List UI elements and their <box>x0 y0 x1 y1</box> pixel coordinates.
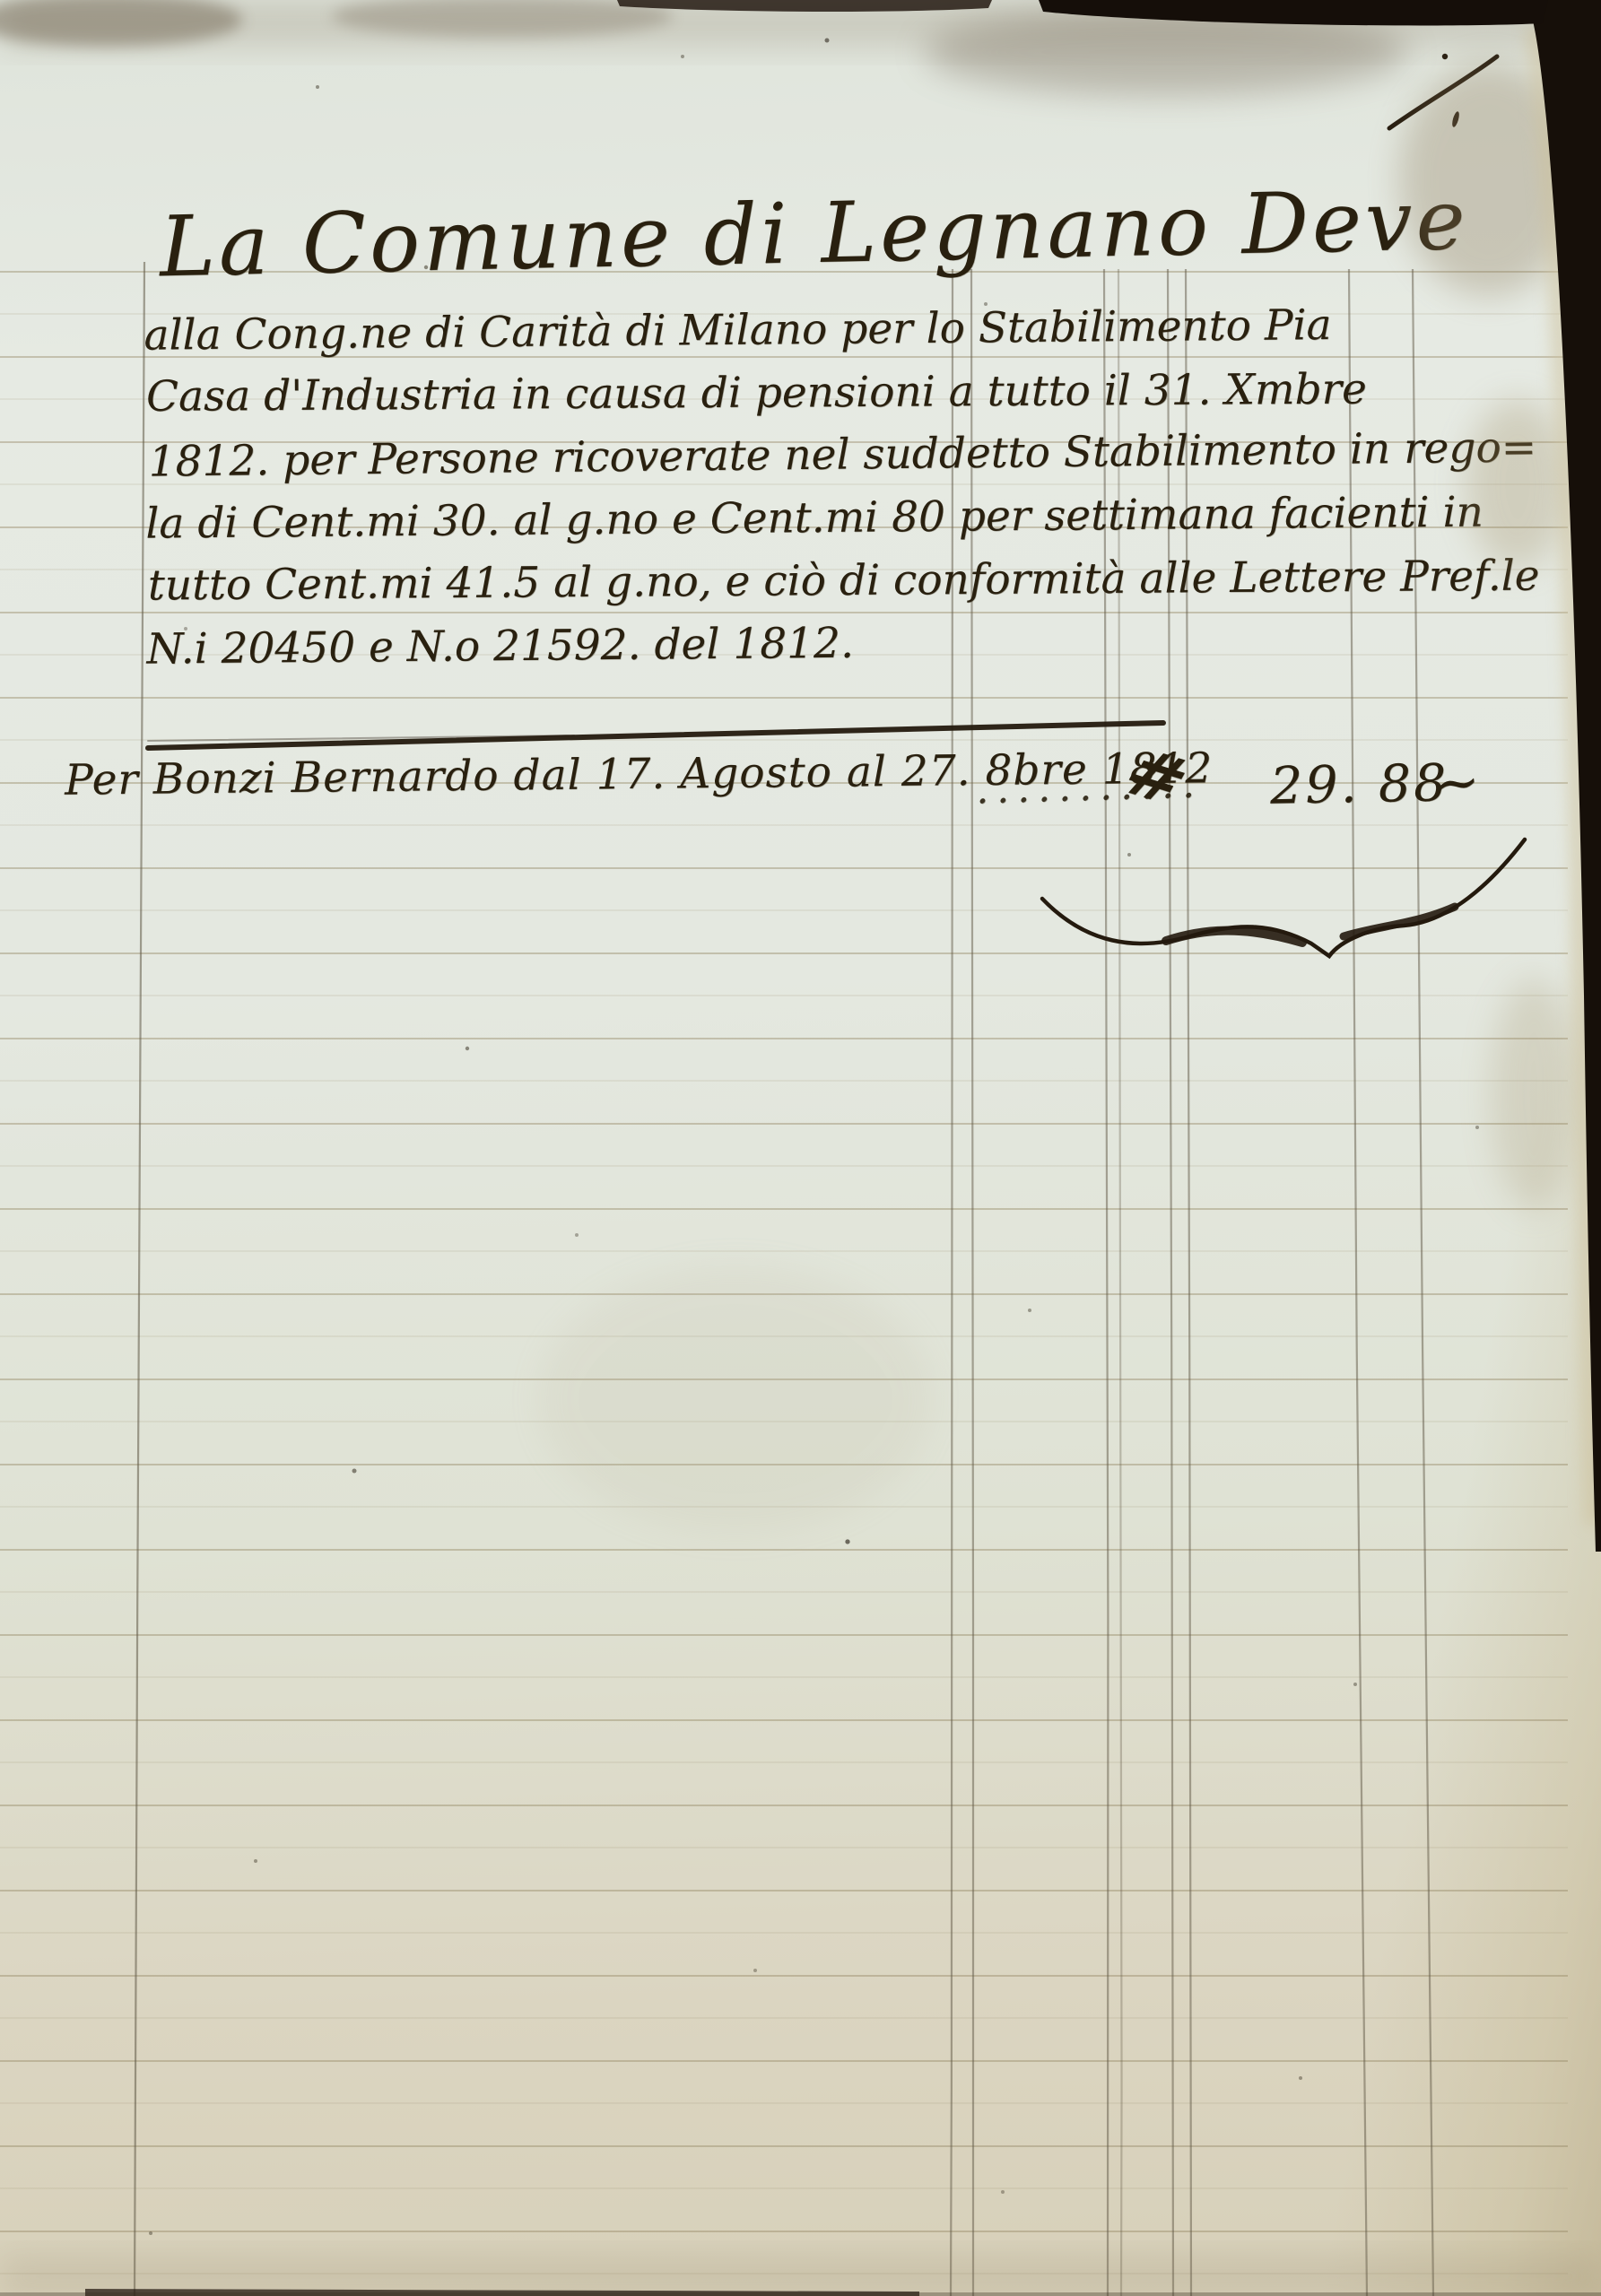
stain-right-edge-2 <box>1491 978 1577 1211</box>
scanned-ledger-page: La Comune di Legnano Deve alla Cong.ne d… <box>0 0 1601 2296</box>
bottom-shadow <box>0 2292 1601 2296</box>
paper-specks <box>0 0 2 2</box>
scan-edges-and-stains <box>0 0 1601 2296</box>
stain-right-edge-1 <box>1466 399 1570 570</box>
stain-center-faint <box>538 1265 933 1534</box>
